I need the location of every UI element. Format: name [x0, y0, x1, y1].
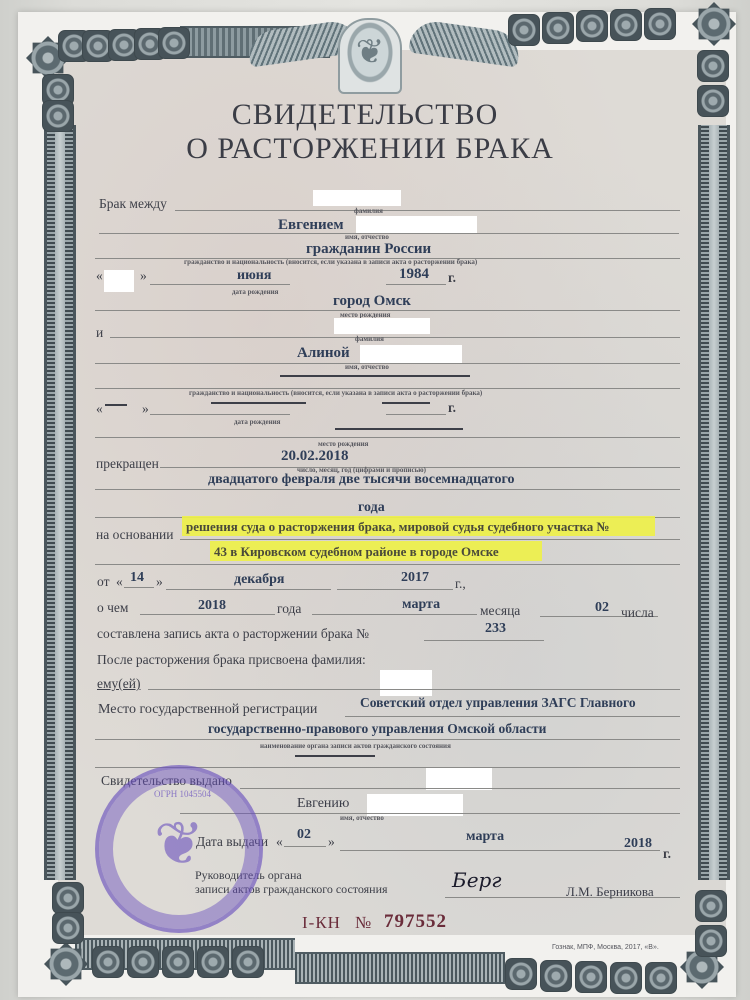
name-patronymic-caption: имя, отчество [340, 814, 384, 822]
about-label: о чем [97, 600, 128, 616]
rule [124, 587, 154, 588]
printer-imprint: Гознак, МПФ, Москва, 2017, «В». [552, 944, 659, 951]
rule [337, 589, 453, 590]
rule [140, 614, 275, 615]
rule [424, 640, 544, 641]
birth-place-caption: место рождения [318, 440, 368, 448]
court-decision-year: 2017 [401, 570, 429, 586]
border-medallion [92, 946, 124, 978]
serial-number-sign: № [355, 913, 372, 933]
rule [175, 210, 680, 211]
border-bottom-band [295, 952, 505, 984]
border-medallion [542, 12, 574, 44]
year-suffix: г., [455, 576, 466, 592]
termination-date-words: двадцатого февраля две тысячи восемнадца… [208, 472, 515, 488]
year-suffix: г. [448, 400, 456, 416]
birth-date-caption: дата рождения [234, 418, 280, 426]
court-decision-month: декабря [234, 572, 285, 588]
rule [340, 850, 660, 851]
quote-open: « [96, 268, 103, 284]
rule [295, 755, 375, 757]
citizenship-caption: гражданство и национальность (вносится, … [184, 258, 477, 266]
year-suffix: г. [448, 270, 456, 286]
rule [110, 337, 680, 338]
spouse1-name: Евгением [278, 217, 344, 234]
registration-place-line-1: Советский отдел управления ЗАГС Главного [360, 695, 636, 711]
redacted-name [360, 345, 462, 363]
official-stamp: ОГРН 1045504 [95, 765, 263, 933]
border-right [698, 125, 730, 880]
rule [166, 589, 331, 590]
border-medallion [695, 890, 727, 922]
quote-close: » [140, 268, 147, 284]
issue-month: марта [466, 829, 504, 845]
border-medallion [52, 912, 84, 944]
border-medallion [610, 962, 642, 994]
redacted-surname [313, 190, 401, 206]
border-medallion [158, 27, 190, 59]
record-year: 2018 [198, 598, 226, 614]
and-label: и [96, 325, 103, 341]
rule [284, 846, 326, 847]
head-signature: Берг [452, 868, 501, 892]
rule [150, 284, 290, 285]
after-divorce-label: После расторжения брака присвоена фамили… [97, 652, 366, 668]
terminated-label: прекращен [96, 456, 159, 472]
redacted-name [356, 216, 477, 233]
rule [99, 233, 679, 234]
rule [148, 689, 680, 690]
border-medallion [505, 958, 537, 990]
record-month: марта [402, 597, 440, 613]
border-medallion [508, 14, 540, 46]
title-line-2: О РАСТОРЖЕНИИ БРАКА [0, 132, 745, 166]
rule [180, 539, 680, 540]
record-number: 233 [485, 621, 506, 637]
border-medallion [695, 925, 727, 957]
border-medallion [540, 960, 572, 992]
birth-date-caption: дата рождения [232, 288, 278, 296]
issue-day: 02 [297, 827, 311, 843]
border-medallion [232, 946, 264, 978]
rule [95, 437, 680, 438]
month-word: месяца [480, 603, 520, 619]
surname-caption: фамилия [355, 335, 384, 343]
spouse1-birth-year: 1984 [399, 266, 429, 283]
rule [345, 716, 680, 717]
title-line-1: СВИДЕТЕЛЬСТВО [0, 98, 740, 132]
citizenship-caption: гражданство и национальность (вносится, … [189, 389, 482, 397]
basis-label: на основании [96, 527, 174, 543]
from-label: от [97, 574, 109, 590]
spouse2-name: Алиной [297, 345, 350, 362]
name-patronymic-caption: имя, отчество [345, 363, 389, 371]
year-word: года [277, 601, 301, 617]
basis-line-2: 43 в Кировском судебном районе в городе … [214, 544, 499, 560]
serial-number: 797552 [384, 911, 447, 933]
border-medallion [162, 946, 194, 978]
rule [386, 284, 446, 285]
rule [211, 402, 306, 404]
border-medallion [197, 946, 229, 978]
rule [386, 414, 446, 415]
quote-close: » [156, 574, 163, 590]
redacted-surname [334, 318, 430, 334]
year-suffix: г. [663, 846, 671, 862]
head-name: Л.М. Берникова [566, 884, 654, 900]
record-day: 02 [595, 600, 609, 616]
border-medallion [127, 946, 159, 978]
border-medallion [52, 882, 84, 914]
border-medallion [697, 50, 729, 82]
quote-close: » [328, 834, 335, 850]
him-her-label: ему(ей) [97, 676, 141, 692]
quote-open: « [116, 574, 123, 590]
spouse1-birth-place: город Омск [333, 293, 411, 310]
rule [312, 614, 477, 615]
basis-line-1: решения суда о расторжения брака, мирово… [186, 519, 610, 535]
day-word: числа [621, 605, 654, 621]
rule [280, 375, 470, 377]
rule [95, 739, 680, 740]
termination-date-words-2: года [358, 500, 385, 516]
border-medallion [575, 961, 607, 993]
border-medallion [645, 962, 677, 994]
name-patronymic-caption: имя, отчество [345, 233, 389, 241]
stamp-text: ОГРН 1045504 [154, 789, 211, 799]
court-decision-day: 14 [130, 570, 144, 586]
rule [335, 428, 463, 430]
issued-to-name: Евгению [297, 796, 349, 812]
registration-place-label: Место государственной регистрации [98, 702, 317, 718]
quote-open: « [96, 401, 103, 417]
record-label: составлена запись акта о расторжении бра… [97, 626, 369, 642]
termination-date: 20.02.2018 [281, 448, 349, 465]
border-medallion [644, 8, 676, 40]
redacted-new-surname [380, 670, 432, 696]
coat-of-arms-emblem [338, 18, 402, 94]
surname-caption: фамилия [354, 207, 383, 215]
redacted-surname [426, 768, 492, 790]
rule [95, 564, 680, 565]
rule [105, 404, 127, 406]
border-left [44, 125, 76, 880]
spouse1-birth-month: июня [237, 268, 271, 284]
border-medallion [610, 9, 642, 41]
registry-office-caption: наименование органа записи актов граждан… [260, 742, 451, 750]
rule [382, 402, 430, 404]
border-medallion [576, 10, 608, 42]
marriage-between-label: Брак между [99, 196, 167, 212]
issue-year: 2018 [624, 836, 652, 852]
rule [95, 489, 680, 490]
registration-place-line-2: государственно-правового управления Омск… [208, 721, 546, 737]
spouse1-citizenship: гражданин России [306, 241, 431, 258]
quote-open: « [276, 834, 283, 850]
quote-close: » [142, 401, 149, 417]
rule [150, 414, 290, 415]
redacted-birth-day [104, 270, 134, 292]
serial-series: I-КН [302, 913, 341, 933]
rule [240, 788, 680, 789]
